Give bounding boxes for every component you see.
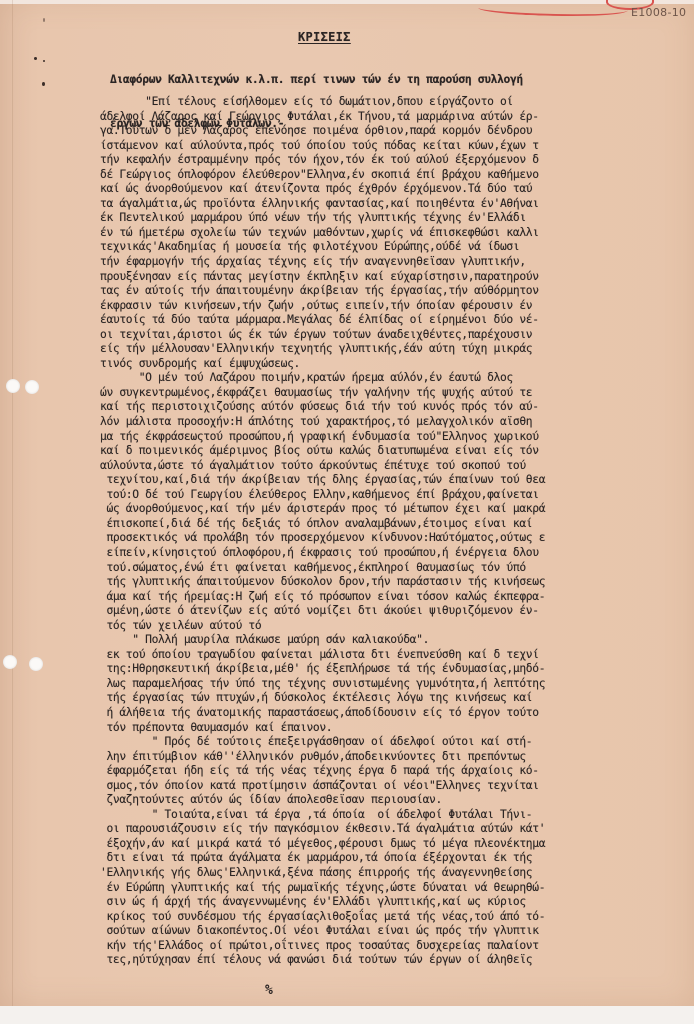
- body-line: σιν ώς ή άρχή τής άναγεννωμένης έν'Ελλάδ…: [100, 895, 545, 910]
- body-line: τού.σώματος,ένώ έτι φαίνεται καθήμενος,έ…: [100, 561, 545, 576]
- paper-speck: [43, 60, 45, 62]
- body-line: " Πρός δέ τούτοις έπεξειργάσθησαν οί άδε…: [100, 735, 545, 750]
- body-line: "Ο μέν τού Λαζάρου ποιμήν,κρατών ήρεμα α…: [100, 371, 545, 386]
- body-line: έαυτοίς τά δύο ταύτα μάρμαρα.Μεγάλας δέ …: [100, 313, 545, 328]
- body-line: έξοχήν,άν καί μικρά κατά τό μέγεθος,φέρο…: [100, 837, 545, 852]
- body-line: προυξένησαν είς πάντας μεγίστην έκπληξιν…: [100, 270, 545, 285]
- body-line: καί δ ποιμενικός άμέριμνος βίος ούτω καλ…: [100, 444, 545, 459]
- body-line: 'Ελληνικής γής δλως'Ελληνικά,ξένα πάσης …: [100, 866, 545, 881]
- paper-speck: [42, 82, 45, 86]
- paper-speck: [34, 57, 37, 60]
- body-line: κήν τής'Ελλάδος οί πρώτοι,οΐτινες προς τ…: [100, 939, 545, 954]
- body-line: τα άγαλμάτια,ώς προϊόντα έλληνικής φαντα…: [100, 197, 545, 212]
- body-line: έν τώ ήμετέρω σχολείω τών τεχνών μαθόντω…: [100, 226, 545, 241]
- paper-speck: [43, 18, 45, 22]
- body-line: είπείν,κίνησιςτού όπλοφόρου,ή έκφρασις τ…: [100, 546, 545, 561]
- body-line: είς τήν μέλλουσαν'Ελληνικήν τεχνητής γλυ…: [100, 342, 545, 357]
- document-page: Ε1008-10 ΚΡΙΣΕΙΣ Διαφόρων Καλλιτεχνών κ.…: [0, 0, 694, 1006]
- body-line: αύλούντα,ώστε τό άγαλμάτιον τούτο άρκούν…: [100, 459, 545, 474]
- body-line: "Επί τέλους είσήλθομεν είς τό δωμάτιον,δ…: [100, 95, 545, 110]
- body-line: γα.Τούτων δ μέν Λάζαρος έπενόησε ποιμένα…: [100, 124, 545, 139]
- subtitle-line: Διαφόρων Καλλιτεχνών κ.λ.π. περί τινων τ…: [110, 73, 523, 88]
- body-line: οι παρουσιάζουσιν είς τήν παγκόσμιον έκθ…: [100, 822, 545, 837]
- body-line: κρίκος τού συνδέσμου τής έργασίαςλιθοξοΐ…: [100, 910, 545, 925]
- body-line: τής γλυπτικής άπαιτούμενον δύσκολον δρον…: [100, 575, 545, 590]
- body-line: τού:Ο δέ τού Γεωργίου έλεύθερος Ελλην,κα…: [100, 488, 545, 503]
- body-line: καί ώς άνορθούμενον καί άτενίζοντα πρός …: [100, 182, 545, 197]
- body-line: τός τών χειλέων αύτού τό: [100, 619, 545, 634]
- document-title: ΚΡΙΣΕΙΣ: [298, 30, 351, 45]
- body-line: τήν κεφαλήν έστραμμένην πρός τόν ήχον,τό…: [100, 153, 545, 168]
- body-line: δτι είναι τά πρώτα άγάλματα έκ μαρμάρου,…: [100, 851, 545, 866]
- body-line: τήν έφαρμογήν τής άρχαίας τέχνης είς τήν…: [100, 255, 545, 270]
- body-line: σούτων αίώνων διακοπέντος.Οί νέοι Φυτάλα…: [100, 924, 545, 939]
- body-line: άδελφοί Λάζαρος καί Γεώργιος Φυτάλαι,έκ …: [100, 110, 545, 125]
- punch-hole-icon: [3, 655, 17, 669]
- punch-hole-icon: [29, 657, 43, 671]
- body-line: λην έπιτύμβιον κάθ''έλληνικόν ρυθμόν,άπο…: [100, 750, 545, 765]
- punch-hole-icon: [25, 380, 39, 394]
- body-line: άμα καί τής ήρεμίας:Η ζωή είς τό πρόσωπο…: [100, 590, 545, 605]
- body-line: έπισκοπεί,διά δέ τής δεξιάς τό όπλον ανα…: [100, 517, 545, 532]
- body-line: λως παραμελήσας τήν ύπό της τέχνης συνισ…: [100, 677, 545, 692]
- archive-reference: Ε1008-10: [631, 6, 686, 19]
- body-line: τής έργασίας τών πτυχών,ή δύσκολος έκτέλ…: [100, 691, 545, 706]
- body-line: τεχνίτου,καί,διά τήν άκρίβειαν τής δλης …: [100, 473, 545, 488]
- body-line: τόν πρέποντα θαυμασμόν καί έπαινον.: [100, 721, 545, 736]
- body-line: εκ τού όποίου τραγωδίου φαίνεται μάλιστα…: [100, 648, 545, 663]
- body-line: έν Εύρώπη γλυπτικής καί τής ρωμαϊκής τέχ…: [100, 881, 545, 896]
- body-line: τας έν αύτοίς τήν άπαιτουμένην άκρίβειαν…: [100, 284, 545, 299]
- body-line: καί τής περιστοιχιζούσης αύτόν φύσεως δι…: [100, 400, 545, 415]
- body-line: τες,ηύτύχησαν έπί τέλους νά φανώσι διά τ…: [100, 953, 545, 968]
- body-line: λόν μάλιστα προσοχήν:Η άπλότης τού χαρακ…: [100, 415, 545, 430]
- page-mark: %: [265, 983, 273, 998]
- body-line: μα τής έκφράσεωςτού προσώπου,ή γραφική έ…: [100, 430, 545, 445]
- body-line: σμος,τόν όποίον κατά προτίμησιν άσπάζοντ…: [100, 779, 545, 794]
- body-line: τινός συνδρομής καί έμψυχώσεως.: [100, 357, 545, 372]
- body-line: ή άλήθεια τής άνατομικής παραστάσεως,άπο…: [100, 706, 545, 721]
- body-line: έκ Πεντελικού μαρμάρου ύπό νέων τήν τής …: [100, 211, 545, 226]
- body-line: " Πολλή μαυρίλα πλάκωσε μαύρη σάν καλιακ…: [100, 633, 545, 648]
- body-line: έκφρασιν τών κινήσεων,τήν ζωήν ,ούτως ει…: [100, 299, 545, 314]
- body-line: σμένη,ώστε ό άτενίζων είς αύτό νομίζει δ…: [100, 604, 545, 619]
- body-line: προσεκτικός νά προλάβη τόν προσερχόμενον…: [100, 531, 545, 546]
- body-line: έφαρμόζεται ήδη είς τά τής νέας τέχνης έ…: [100, 764, 545, 779]
- body-line: οι τεχνίται,άριστοι ώς έκ τών έργων τούτ…: [100, 328, 545, 343]
- body-line: ών συγκεντρωμένος,έκφράζει θαυμασίως τήν…: [100, 386, 545, 401]
- punch-hole-icon: [6, 379, 20, 393]
- body-line: της:Ηθρησκευτική άκρίβεια,μέθ' ής έξεπλή…: [100, 662, 545, 677]
- body-line: δέ Γεώργιος όπλοφόρον έλεύθερον"Ελληνα,έ…: [100, 168, 545, 183]
- body-line: τεχνικάς'Ακαδημίας ή μουσεία τής φιλοτέχ…: [100, 240, 545, 255]
- paper-fold-line: [12, 0, 13, 1006]
- body-line: " Τοιαύτα,είναι τά έργα ,τά όποία οί άδε…: [100, 808, 545, 823]
- document-body: "Επί τέλους είσήλθομεν είς τό δωμάτιον,δ…: [100, 95, 545, 968]
- body-line: ζναζητούντες αύτόν ώς ίδίαν άπολεσθεϊσαν…: [100, 793, 545, 808]
- body-line: ώς άνορθούμενος,καί τήν μέν άριστεράν πρ…: [100, 502, 545, 517]
- body-line: ίστάμενον καί αύλούντα,πρός τού όποίου τ…: [100, 139, 545, 154]
